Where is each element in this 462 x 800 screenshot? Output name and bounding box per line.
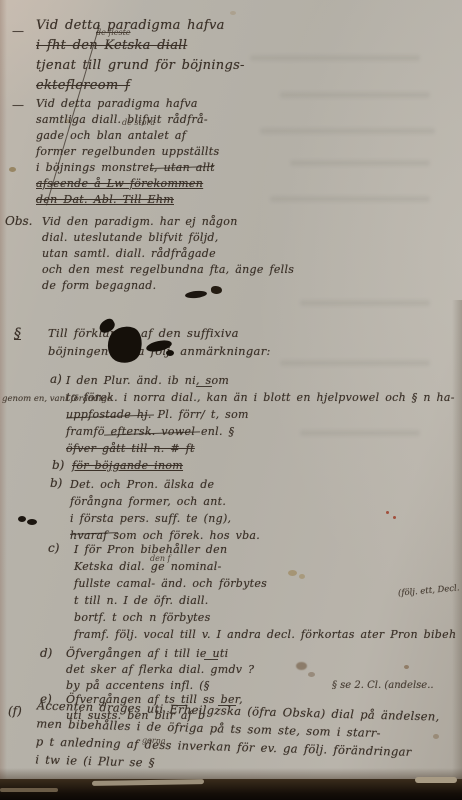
item-d-marker: d) <box>40 646 52 660</box>
red-mark <box>393 516 396 519</box>
underline-mark <box>196 386 212 387</box>
obs-paragraph: Vid den paradigm. har ej någon dial. ute… <box>42 214 294 294</box>
manuscript-line: i böjnings monstret, utan allt <box>36 160 219 176</box>
manuscript-line: de form begagnad. <box>42 278 294 294</box>
foxing-spot <box>404 665 409 669</box>
manuscript-line: och den mest regelbundna fta, änge fells <box>42 262 294 278</box>
paragraph-2: Vid detta paradigma hafva samtliga diall… <box>36 96 219 208</box>
interlinear-insertion: de stora <box>122 118 155 127</box>
item-b-struck: för böjgande inom <box>72 458 183 474</box>
manuscript-line: Ketska dial. ge nominal- <box>74 558 456 575</box>
section-marker: § <box>14 326 21 342</box>
foxing-spot <box>296 662 307 670</box>
ink-blot <box>166 350 174 356</box>
paragraph-dash-marker: — <box>12 98 24 112</box>
foxing-spot <box>308 672 315 677</box>
manuscript-line: det sker af flerka dial. gmdv ? <box>66 662 254 678</box>
bleed-through-stroke <box>280 92 430 98</box>
manuscript-line: tjenat till grund för böjnings- <box>36 56 245 76</box>
margin-note-right: § se 2. Cl. (andelse.. <box>332 680 434 691</box>
manuscript-line: former regelbunden uppställts <box>36 144 219 160</box>
bleed-through-stroke <box>290 160 430 166</box>
manuscript-line: Öfvergången af i till ie uti <box>66 646 254 662</box>
bleed-through-stroke <box>260 128 435 134</box>
manuscript-line: förångna former, och ant. <box>70 493 260 510</box>
bottom-dark-edge <box>0 779 462 800</box>
item-b-struck-marker: b) <box>52 458 64 472</box>
item-d: Öfvergången af i till ie uti det sker af… <box>66 646 254 694</box>
ink-smear <box>211 286 222 294</box>
page-right-edge-shadow <box>452 300 462 800</box>
manuscript-line: utan samtl. diall. rådfrågade <box>42 246 294 262</box>
ink-blot <box>27 519 37 525</box>
item-f-marker: (f) <box>8 704 22 718</box>
manuscript-line: I för Pron bibehåller den <box>74 541 456 558</box>
interlinear-insertion: den f <box>150 554 171 563</box>
manuscript-line: framfö eftersk. vowel enl. § <box>66 423 455 440</box>
manuscript-line: bortf. t och n förbytes <box>74 609 456 626</box>
page-left-edge <box>0 0 7 800</box>
paragraph-1: Vid detta paradigma hafva i fht den Kets… <box>36 16 245 96</box>
page-edge-highlight <box>415 777 457 783</box>
ink-blot <box>18 516 26 522</box>
manuscript-line: to förek. i norra dial., kan än i blott … <box>66 389 455 406</box>
page-edge-highlight <box>0 788 58 792</box>
underline-mark <box>204 659 218 660</box>
manuscript-line: den Dat. Abl. Till Ehm <box>36 192 219 208</box>
bleed-through-stroke <box>250 55 420 61</box>
manuscript-line: gade och blan antalet af <box>36 128 219 144</box>
manuscript-line: Vid detta paradigma hafva <box>36 96 219 112</box>
foxing-spot <box>9 167 16 172</box>
manuscript-line: afseende å Lw förekommen <box>36 176 219 192</box>
foxing-spot <box>230 11 236 15</box>
bleed-through-stroke <box>300 300 430 306</box>
manuscript-line: Det. och Pron. älska de <box>70 476 260 493</box>
manuscript-line: i fht den Ketska diall <box>36 36 245 56</box>
interlinear-insertion: de fleste <box>96 28 131 37</box>
margin-note-left: genom en, vanl förändige <box>2 394 112 404</box>
manuscript-line: i första pers. suff. te (ng), <box>70 510 260 527</box>
red-mark <box>386 511 389 514</box>
manuscript-line: dial. uteslutande blifvit följd, <box>42 230 294 246</box>
manuscript-line: för böjgande inom <box>72 458 183 474</box>
item-a-marker: a) <box>50 372 62 386</box>
manuscript-page-photo: — Vid detta paradigma hafva i fht den Ke… <box>0 0 462 800</box>
obs-marker: Obs. <box>5 214 33 228</box>
bleed-through-stroke <box>280 360 430 366</box>
manuscript-line: Vid detta paradigma hafva <box>36 16 245 36</box>
item-b-marker: b) <box>50 476 62 490</box>
manuscript-line: I den Plur. änd. ib ni, som <box>66 372 455 389</box>
manuscript-line: framf. följ. vocal till v. I andra decl.… <box>74 626 456 643</box>
interlinear-insertion: gerna <box>142 736 166 746</box>
manuscript-line: öfver gått till n. # ft <box>66 440 455 457</box>
manuscript-line: Till förklaring af den suffixiva <box>48 324 271 342</box>
manuscript-line: ekteflereom f <box>36 76 245 96</box>
bleed-through-stroke <box>270 196 430 202</box>
manuscript-line: Vid den paradigm. har ej någon <box>42 214 294 230</box>
paragraph-dash-marker: — <box>12 24 24 38</box>
item-c-marker: c) <box>48 541 59 555</box>
